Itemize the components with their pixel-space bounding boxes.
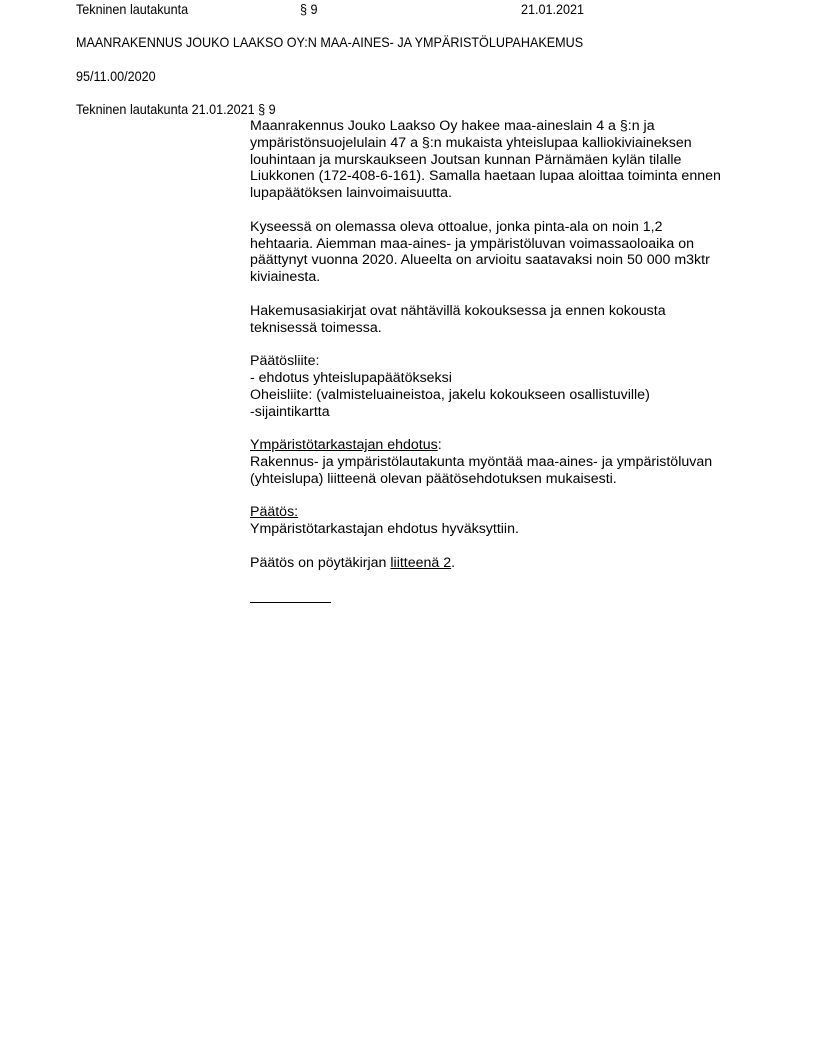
decision-heading: Päätös: (250, 504, 750, 521)
header-board: Tekninen lautakunta (76, 1, 188, 17)
paragraph-area: Kyseessä on olemassa oleva ottoalue, jon… (250, 219, 750, 286)
header-date: 21.01.2021 (521, 1, 584, 17)
header-section: § 9 (300, 1, 318, 17)
proposal-heading: Ympäristötarkastajan ehdotus (250, 437, 438, 453)
supplementary-attachment-item: -sijaintikartta (250, 404, 750, 421)
decision-attachment-label: Päätösliite: (250, 353, 750, 370)
decision-section: Päätös: Ympäristötarkastajan ehdotus hyv… (250, 504, 750, 538)
document-body: Maanrakennus Jouko Laakso Oy hakee maa-a… (250, 118, 750, 608)
decision-text: Ympäristötarkastajan ehdotus hyväksyttii… (250, 521, 750, 538)
meeting-reference: Tekninen lautakunta 21.01.2021 § 9 (76, 101, 276, 117)
signature-line (250, 588, 750, 608)
appendix-link[interactable]: liitteenä 2 (390, 555, 451, 571)
proposal-section: Ympäristötarkastajan ehdotus: Rakennus- … (250, 437, 750, 487)
appendix-note: Päätös on pöytäkirjan liitteenä 2. (250, 555, 750, 572)
document-title: MAANRAKENNUS JOUKO LAAKSO OY:N MAA-AINES… (76, 34, 583, 50)
paragraph-application: Maanrakennus Jouko Laakso Oy hakee maa-a… (250, 118, 750, 202)
paragraph-documents: Hakemusasiakirjat ovat nähtävillä kokouk… (250, 303, 750, 337)
decision-attachment-item: - ehdotus yhteislupapäätökseksi (250, 370, 750, 387)
supplementary-attachment-label: Oheisliite: (valmisteluaineistoa, jakelu… (250, 387, 750, 404)
attachments-section: Päätösliite: - ehdotus yhteislupapäätöks… (250, 353, 750, 420)
record-number: 95/11.00/2020 (76, 68, 156, 84)
